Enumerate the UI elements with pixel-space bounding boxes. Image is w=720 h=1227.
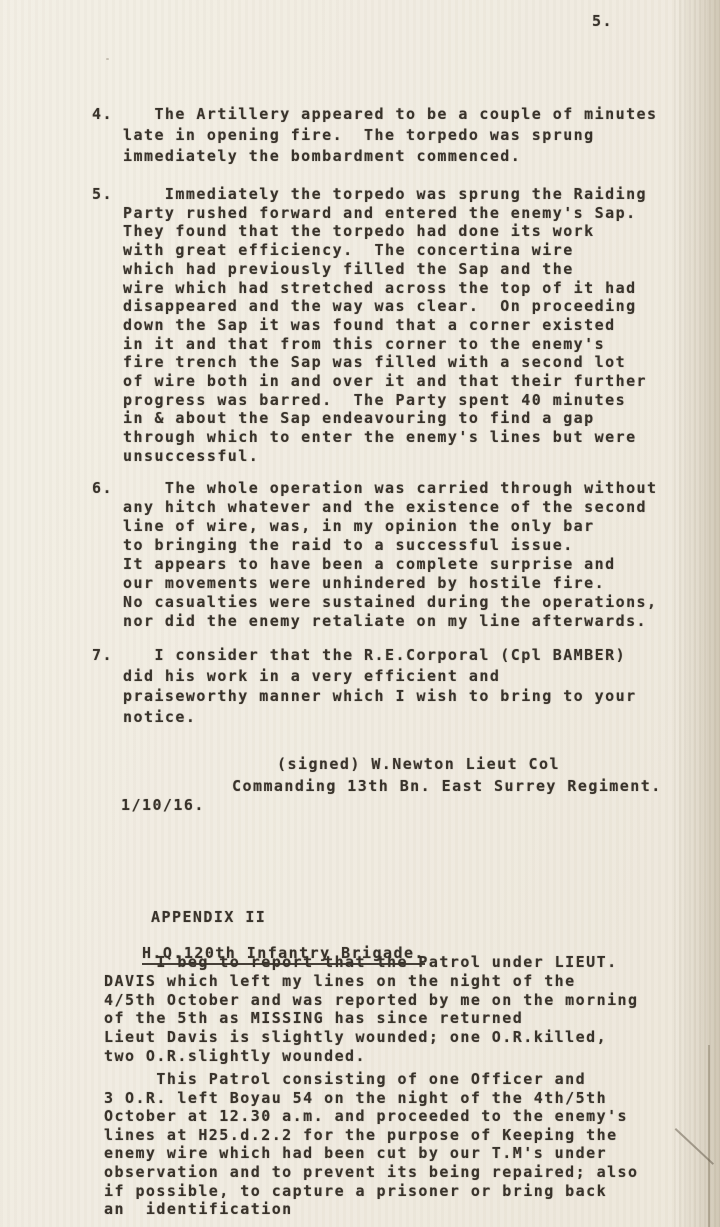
paragraph-5-text: Immediately the torpedo was sprung the R… bbox=[123, 185, 647, 466]
paragraph-4-number: 4. bbox=[92, 104, 113, 125]
signed-line: (signed) W.Newton Lieut Col bbox=[277, 755, 560, 773]
date-line: 1/10/16. bbox=[121, 796, 205, 814]
appendix-paragraph-2: This Patrol consisting of one Officer an… bbox=[104, 1070, 639, 1219]
appendix-paragraph-1: I beg to report that the Patrol under LI… bbox=[104, 953, 639, 1066]
paragraph-6-number: 6. bbox=[92, 479, 113, 498]
paper-speck bbox=[106, 58, 109, 60]
paragraph-7-text: I consider that the R.E.Corporal (Cpl BA… bbox=[123, 645, 637, 727]
appendix-heading: APPENDIX II bbox=[151, 908, 266, 926]
paragraph-4-text: The Artillery appeared to be a couple of… bbox=[123, 104, 658, 167]
paper-edge-line bbox=[708, 1045, 710, 1227]
paragraph-7-number: 7. bbox=[92, 645, 113, 666]
paragraph-6-text: The whole operation was carried through … bbox=[123, 479, 658, 631]
paper-edge-shading bbox=[674, 0, 720, 1227]
commanding-line: Commanding 13th Bn. East Surrey Regiment… bbox=[232, 777, 662, 795]
document-page: 5. 4. The Artillery appeared to be a cou… bbox=[0, 0, 720, 1227]
page-number: 5. bbox=[592, 12, 613, 30]
paragraph-5-number: 5. bbox=[92, 185, 113, 204]
